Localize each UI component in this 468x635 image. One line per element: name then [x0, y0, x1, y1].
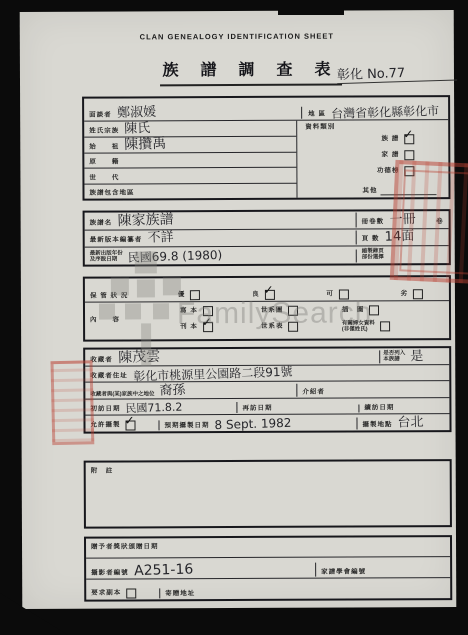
blank-line — [380, 186, 436, 195]
checkbox — [288, 305, 298, 315]
field-society-number: 家譜學會編號 — [316, 568, 450, 577]
surname-label: 姓氏宗族 — [89, 127, 119, 135]
volume-unit-label: 卷 — [436, 218, 449, 226]
founder-value: 陳攢禹 — [124, 136, 166, 151]
area-value: 台灣省彰化縣彰化市 — [331, 105, 439, 120]
form-title: 族 譜 調 查 表 — [160, 57, 342, 87]
filming-place-label: 攝製地點 — [362, 421, 392, 429]
field-origin: 原 籍 — [84, 152, 296, 168]
genealogy-name-value: 陳家族譜 — [117, 212, 173, 228]
field-volumes: 冊卷數 一冊 卷 — [357, 213, 449, 227]
photographer-number-value: A251-16 — [133, 562, 193, 578]
origin-label: 原 籍 — [89, 159, 119, 167]
field-filming-place: 攝製地點 台北 — [357, 416, 449, 429]
field-notes: 附 註 — [86, 461, 450, 527]
field-introducer: 介紹者 — [297, 388, 449, 397]
section-identity: 面談者 鄭淑媛 地 區 台灣省彰化縣彰化市 姓氏宗族 陳氏 始 祖 陳攢禹 — [82, 95, 450, 201]
field-revisit: 再訪日期 — [237, 405, 359, 414]
field-area: 地 區 台灣省彰化縣彰化市 — [301, 106, 448, 119]
filming-date-value: 8 Sept. 1982 — [214, 417, 291, 431]
item-label: 刊 本 — [180, 323, 198, 331]
first-visit-label: 初訪日期 — [90, 406, 120, 414]
coverage-label: 族譜包含地區 — [89, 189, 134, 197]
opt-label: 可 — [326, 291, 334, 299]
permit-label: 允許攝製 — [90, 421, 120, 429]
field-publish-date: 最新出版年份 及序跋日期 民國69.8 (1980) — [90, 249, 357, 263]
checkbox: ✓ — [404, 134, 414, 144]
interviewer-label: 面談者 — [89, 112, 112, 120]
photographer-number-label: 攝影者編號 — [91, 569, 129, 577]
section-notes: 附 註 — [84, 459, 452, 529]
field-coverage: 族譜包含地區 — [84, 183, 296, 198]
type-genealogy-label: 族 譜 — [381, 135, 399, 143]
type-genealogy: 族 譜 ✓ — [305, 131, 442, 148]
pages-label: 頁 數 — [362, 236, 380, 244]
society-number-label: 家譜學會編號 — [321, 568, 366, 576]
editor-value: 不詳 — [147, 231, 173, 245]
condition-label-cell: 保 管 狀 況 — [90, 292, 152, 300]
request-copy-label: 要求副本 — [91, 590, 121, 598]
field-interviewer: 面談者 鄭淑媛 — [89, 106, 301, 120]
notes-label: 附 註 — [91, 468, 114, 476]
content-printed: 刊 本 ✓ — [180, 321, 261, 331]
type-merit-board: 功德榜 — [305, 163, 442, 180]
volumes-value: 一冊 — [389, 213, 415, 227]
microfilm-label-2: 部份選擇 — [362, 254, 384, 260]
editor-label: 最新版本編纂者 — [90, 237, 143, 245]
interviewer-value: 鄭淑媛 — [116, 106, 155, 120]
field-holder-position: 收藏者與(某)家族中之地位 裔孫 — [90, 384, 297, 398]
type-other-label: 其他 — [362, 187, 377, 195]
field-followup-visit: 續訪日期 — [359, 404, 449, 412]
scanned-document: CLAN GENEALOGY IDENTIFICATION SHEET 族 譜 … — [0, 0, 468, 635]
section-admin: 贈予者獎狀頒贈日期 攝影者編號 A251-16 家譜學會編號 要求副本 寄 — [84, 535, 452, 602]
checkbox — [288, 321, 298, 331]
holder-label: 收藏者 — [90, 356, 113, 364]
condition-good: 良 ✓ — [226, 290, 300, 300]
filming-date-label: 預期攝製日期 — [164, 422, 209, 430]
award-date-label: 贈予者獎狀頒贈日期 — [91, 543, 159, 551]
section-holder: 收藏者 陳茂雲 是否列入 本族譜 是 收藏者住址 彰化市桃源里公園路二段91號 … — [83, 346, 451, 434]
field-generations: 世 代 — [84, 168, 296, 184]
header-english: CLAN GENEALOGY IDENTIFICATION SHEET — [20, 31, 454, 42]
checkbox — [413, 289, 423, 299]
content-manuscript: 寫 本 — [180, 305, 261, 315]
field-editor: 最新版本編纂者 不詳 — [90, 231, 357, 246]
section-condition: 保 管 狀 況 優 良 ✓ 可 劣 — [83, 275, 451, 342]
field-filming-permit: 允許攝製 ✓ — [90, 420, 159, 430]
holder-position-value: 裔孫 — [159, 384, 185, 398]
surname-value: 陳氏 — [124, 122, 150, 136]
opt-label: 劣 — [401, 290, 409, 298]
genealogy-name-label: 族譜名 — [90, 219, 113, 227]
field-first-visit: 初訪日期 民國71.8.2 — [90, 402, 237, 414]
publish-date-value: 民國69.8 (1980) — [128, 249, 223, 264]
checkbox — [380, 321, 390, 331]
field-photographer-number: 攝影者編號 A251-16 — [91, 563, 316, 578]
type-other: 其他 — [305, 179, 442, 196]
checkbox — [369, 305, 379, 315]
field-request-copy: 要求副本 — [91, 588, 160, 598]
condition-excellent: 優 — [152, 290, 226, 300]
women-label-1: 有關婦女資料 — [342, 320, 375, 326]
field-listed-in-genealogy: 是否列入 本族譜 是 — [379, 350, 449, 363]
publish-date-label-2: 及序跋日期 — [90, 257, 123, 263]
followup-label: 續訪日期 — [364, 405, 394, 413]
condition-label: 保 管 狀 況 — [90, 292, 128, 300]
field-genealogy-name: 族譜名 陳家族譜 — [90, 212, 357, 228]
listed-label-2: 本族譜 — [383, 356, 405, 362]
field-filming-date: 預期攝製日期 8 Sept. 1982 — [159, 417, 357, 430]
content-label-cell: 內 容 — [90, 302, 152, 338]
type-merit-label: 功德榜 — [377, 167, 400, 175]
item-label: 世系表 — [261, 322, 284, 330]
condition-poor: 劣 — [375, 289, 449, 299]
checkbox — [404, 150, 414, 160]
founder-label: 始 祖 — [89, 143, 119, 151]
field-microfilm-pages: 縮製錄頁 部份選擇 — [357, 248, 449, 262]
introducer-label: 介紹者 — [302, 388, 325, 396]
material-type-panel: 資料類別 族 譜 ✓ 家 譜 功德榜 其他 — [297, 120, 448, 198]
pages-value: 14面 — [384, 230, 414, 244]
field-pages: 頁 數 14面 — [357, 230, 449, 244]
field-surname: 姓氏宗族 陳氏 — [84, 121, 296, 137]
item-label: 插 圖 — [342, 306, 365, 314]
holder-address-label: 收藏者住址 — [90, 373, 128, 381]
item-label: 寫 本 — [180, 307, 198, 315]
holder-position-label: 收藏者與(某)家族中之地位 — [90, 391, 154, 397]
checkbox: ✓ — [125, 420, 135, 430]
revisit-label: 再訪日期 — [242, 405, 272, 413]
content-pedigree-table: 世系表 — [261, 321, 342, 331]
checkbox — [126, 588, 136, 598]
opt-label: 優 — [178, 291, 186, 299]
field-send-address: 寄贈地址 — [160, 589, 450, 598]
content-label: 內 容 — [90, 317, 120, 325]
reference-number: 彰化 No.77 — [337, 65, 457, 84]
field-award-date: 贈予者獎狀頒贈日期 — [86, 537, 450, 559]
checkbox — [190, 290, 200, 300]
area-label: 地 區 — [308, 111, 326, 119]
content-women-info: 有關婦女資料 (非僅姓氏) — [342, 320, 443, 332]
checkbox: ✓ — [265, 290, 275, 300]
condition-fair: 可 — [300, 289, 374, 299]
field-holder-address: 收藏者住址 彰化市桃源里公園路二段91號 — [85, 365, 449, 383]
form-paper: CLAN GENEALOGY IDENTIFICATION SHEET 族 譜 … — [20, 10, 457, 609]
content-illustrations: 插 圖 — [342, 305, 443, 315]
scan-edge-notch — [278, 0, 344, 15]
content-pedigree-chart: 世系圖 — [261, 305, 342, 315]
checkbox — [404, 166, 414, 176]
holder-address-value: 彰化市桃源里公園路二段91號 — [133, 366, 293, 383]
generations-label: 世 代 — [89, 174, 119, 182]
checkbox: ✓ — [203, 322, 213, 332]
opt-label: 良 — [252, 291, 260, 299]
field-founder: 始 祖 陳攢禹 — [84, 136, 296, 153]
section-volume: 族譜名 陳家族譜 冊卷數 一冊 卷 最新版本編纂者 不詳 頁 數 14面 — [83, 209, 451, 267]
checkbox — [339, 290, 349, 300]
send-address-label: 寄贈地址 — [165, 590, 195, 598]
type-family-record: 家 譜 — [305, 147, 442, 164]
women-label-2: (非僅姓氏) — [342, 326, 375, 332]
holder-value: 陳茂雲 — [118, 349, 160, 364]
item-label: 世系圖 — [261, 306, 284, 314]
filming-place-value: 台北 — [397, 416, 423, 430]
volumes-label: 冊卷數 — [362, 218, 385, 226]
type-family-label: 家 譜 — [381, 151, 399, 159]
field-holder: 收藏者 陳茂雲 — [90, 349, 379, 364]
listed-value: 是 — [410, 350, 423, 363]
